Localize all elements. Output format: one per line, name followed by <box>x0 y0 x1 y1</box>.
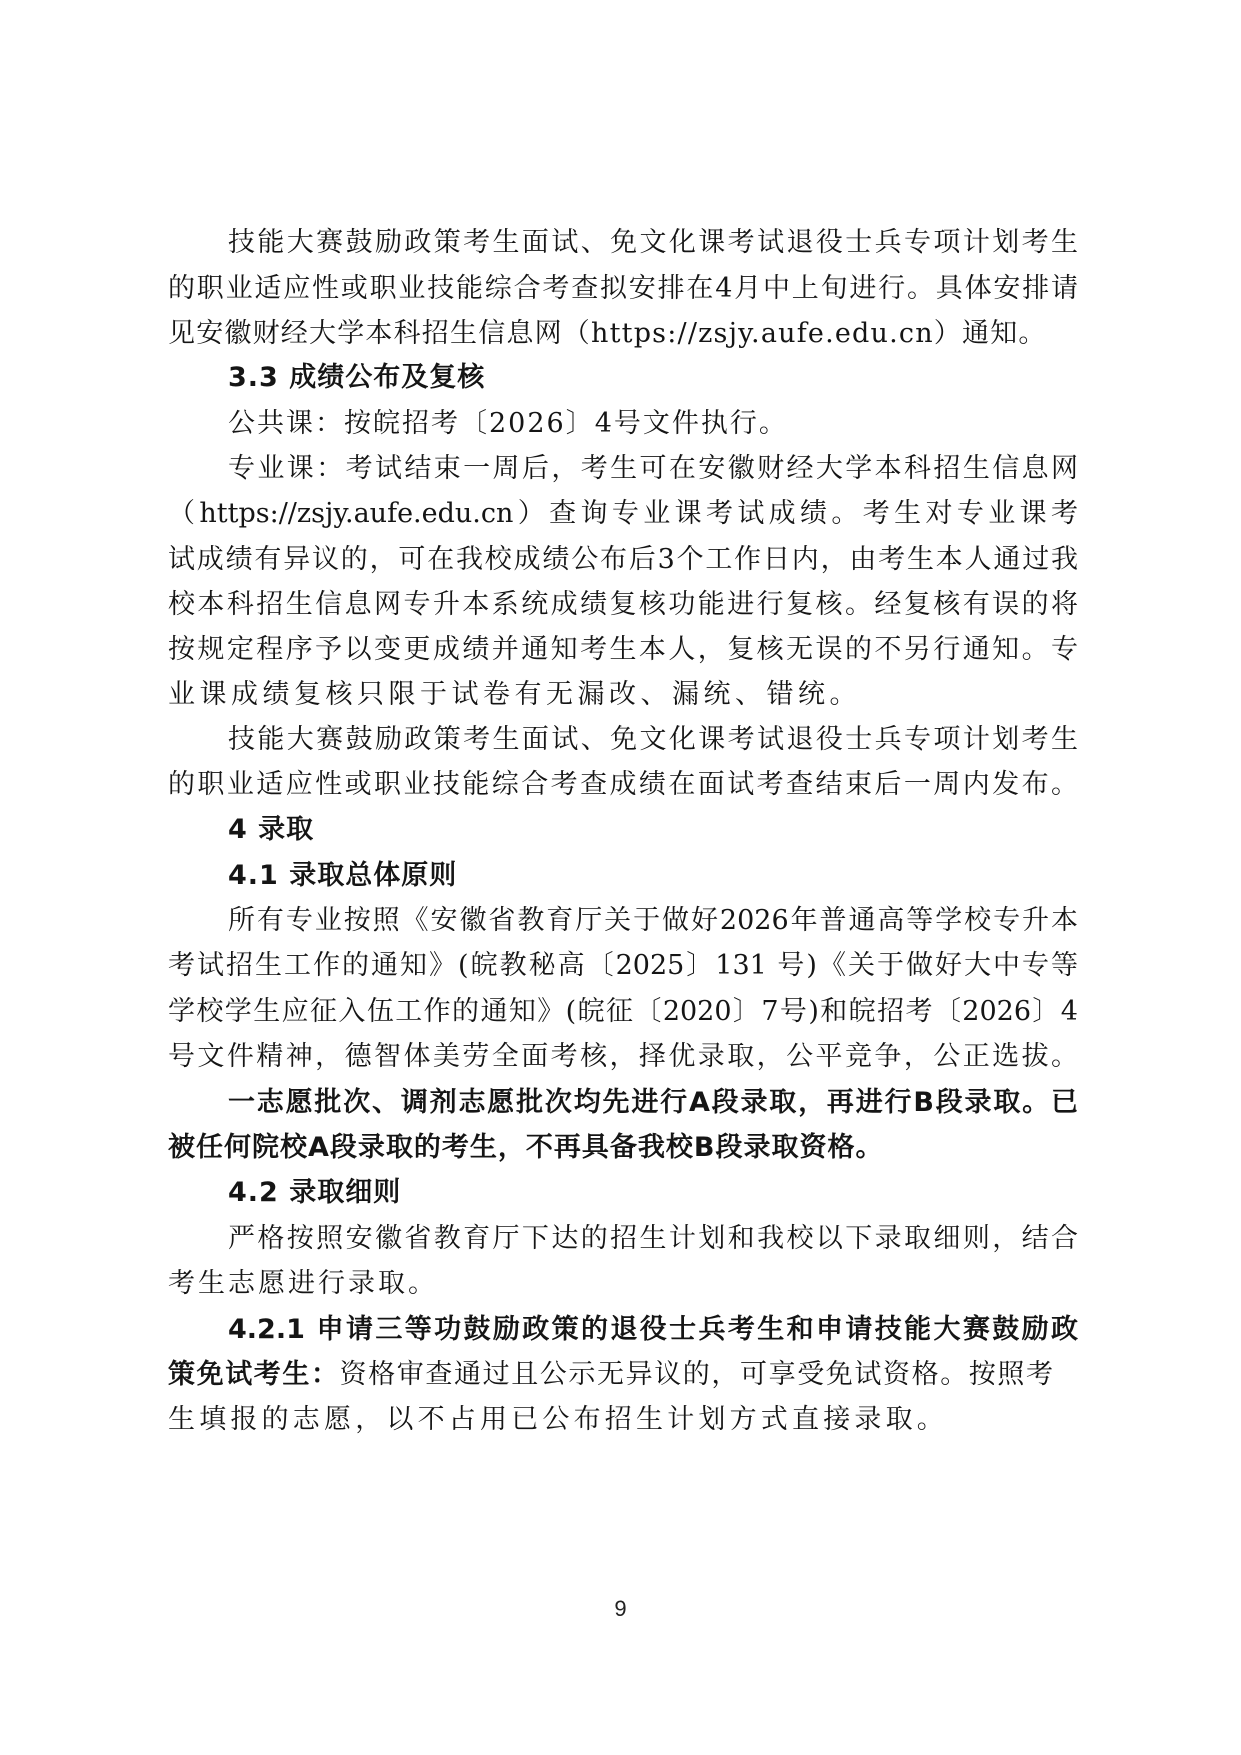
paragraph-line: （https://zsjy.aufe.edu.cn）查询专业课考试成绩。考生对专… <box>168 494 1078 534</box>
document-page: 技能大赛鼓励政策考生面试、免文化课考试退役士兵专项计划考生 的职业适应性或职业技… <box>0 0 1241 1755</box>
bold-notice-line: 一志愿批次、调剂志愿批次均先进行A段录取，再进行B段录取。已 <box>168 1083 1078 1123</box>
paragraph-line: 考生志愿进行录取。 <box>168 1264 1078 1304</box>
paragraph-line: 的职业适应性或职业技能综合考查成绩在面试考查结束后一周内发布。 <box>168 765 1078 805</box>
paragraph-line: 公共课：按皖招考〔2026〕4号文件执行。 <box>168 404 1078 444</box>
paragraph-line: 严格按照安徽省教育厅下达的招生计划和我校以下录取细则，结合 <box>168 1219 1078 1259</box>
paragraph-line: 技能大赛鼓励政策考生面试、免文化课考试退役士兵专项计划考生 <box>168 223 1078 263</box>
subsection-heading-4-2-1: 4.2.1 申请三等功鼓励政策的退役士兵考生和申请技能大赛鼓励政 <box>168 1310 1078 1350</box>
paragraph-line: 试成绩有异议的，可在我校成绩公布后3个工作日内，由考生本人通过我 <box>168 540 1078 580</box>
paragraph-line: 所有专业按照《安徽省教育厅关于做好2026年普通高等学校专升本 <box>168 901 1078 941</box>
paragraph-line: 学校学生应征入伍工作的通知》(皖征〔2020〕7号)和皖招考〔2026〕4 <box>168 992 1078 1032</box>
bold-lead-text: 策免试考生： <box>168 1359 340 1390</box>
paragraph-line: 校本科招生信息网专升本系统成绩复核功能进行复核。经复核有误的将 <box>168 585 1078 625</box>
section-heading-4-2: 4.2 录取细则 <box>168 1173 1078 1213</box>
paragraph-line: 业课成绩复核只限于试卷有无漏改、漏统、错统。 <box>168 675 1078 715</box>
paragraph-line: 见安徽财经大学本科招生信息网（https://zsjy.aufe.edu.cn）… <box>168 314 1078 354</box>
page-number: 9 <box>0 1596 1241 1622</box>
paragraph-text: 资格审查通过且公示无异议的，可享受免试资格。按照考 <box>340 1359 1055 1390</box>
paragraph-line: 号文件精神，德智体美劳全面考核，择优录取，公平竞争，公正选拔。 <box>168 1037 1078 1077</box>
bold-notice-line: 被任何院校A段录取的考生，不再具备我校B段录取资格。 <box>168 1128 1078 1168</box>
paragraph-line: 技能大赛鼓励政策考生面试、免文化课考试退役士兵专项计划考生 <box>168 720 1078 760</box>
paragraph-line: 生填报的志愿，以不占用已公布招生计划方式直接录取。 <box>168 1400 1078 1440</box>
paragraph-line: 策免试考生：资格审查通过且公示无异议的，可享受免试资格。按照考 <box>168 1355 1078 1395</box>
paragraph-line: 专业课：考试结束一周后，考生可在安徽财经大学本科招生信息网 <box>168 449 1078 489</box>
section-heading-3-3: 3.3 成绩公布及复核 <box>168 358 1078 398</box>
paragraph-line: 的职业适应性或职业技能综合考查拟安排在4月中上旬进行。具体安排请 <box>168 269 1078 309</box>
section-heading-4: 4 录取 <box>168 810 1078 850</box>
paragraph-line: 考试招生工作的通知》(皖教秘高〔2025〕131 号)《关于做好大中专等 <box>168 946 1078 986</box>
paragraph-line: 按规定程序予以变更成绩并通知考生本人，复核无误的不另行通知。专 <box>168 630 1078 670</box>
section-heading-4-1: 4.1 录取总体原则 <box>168 856 1078 896</box>
